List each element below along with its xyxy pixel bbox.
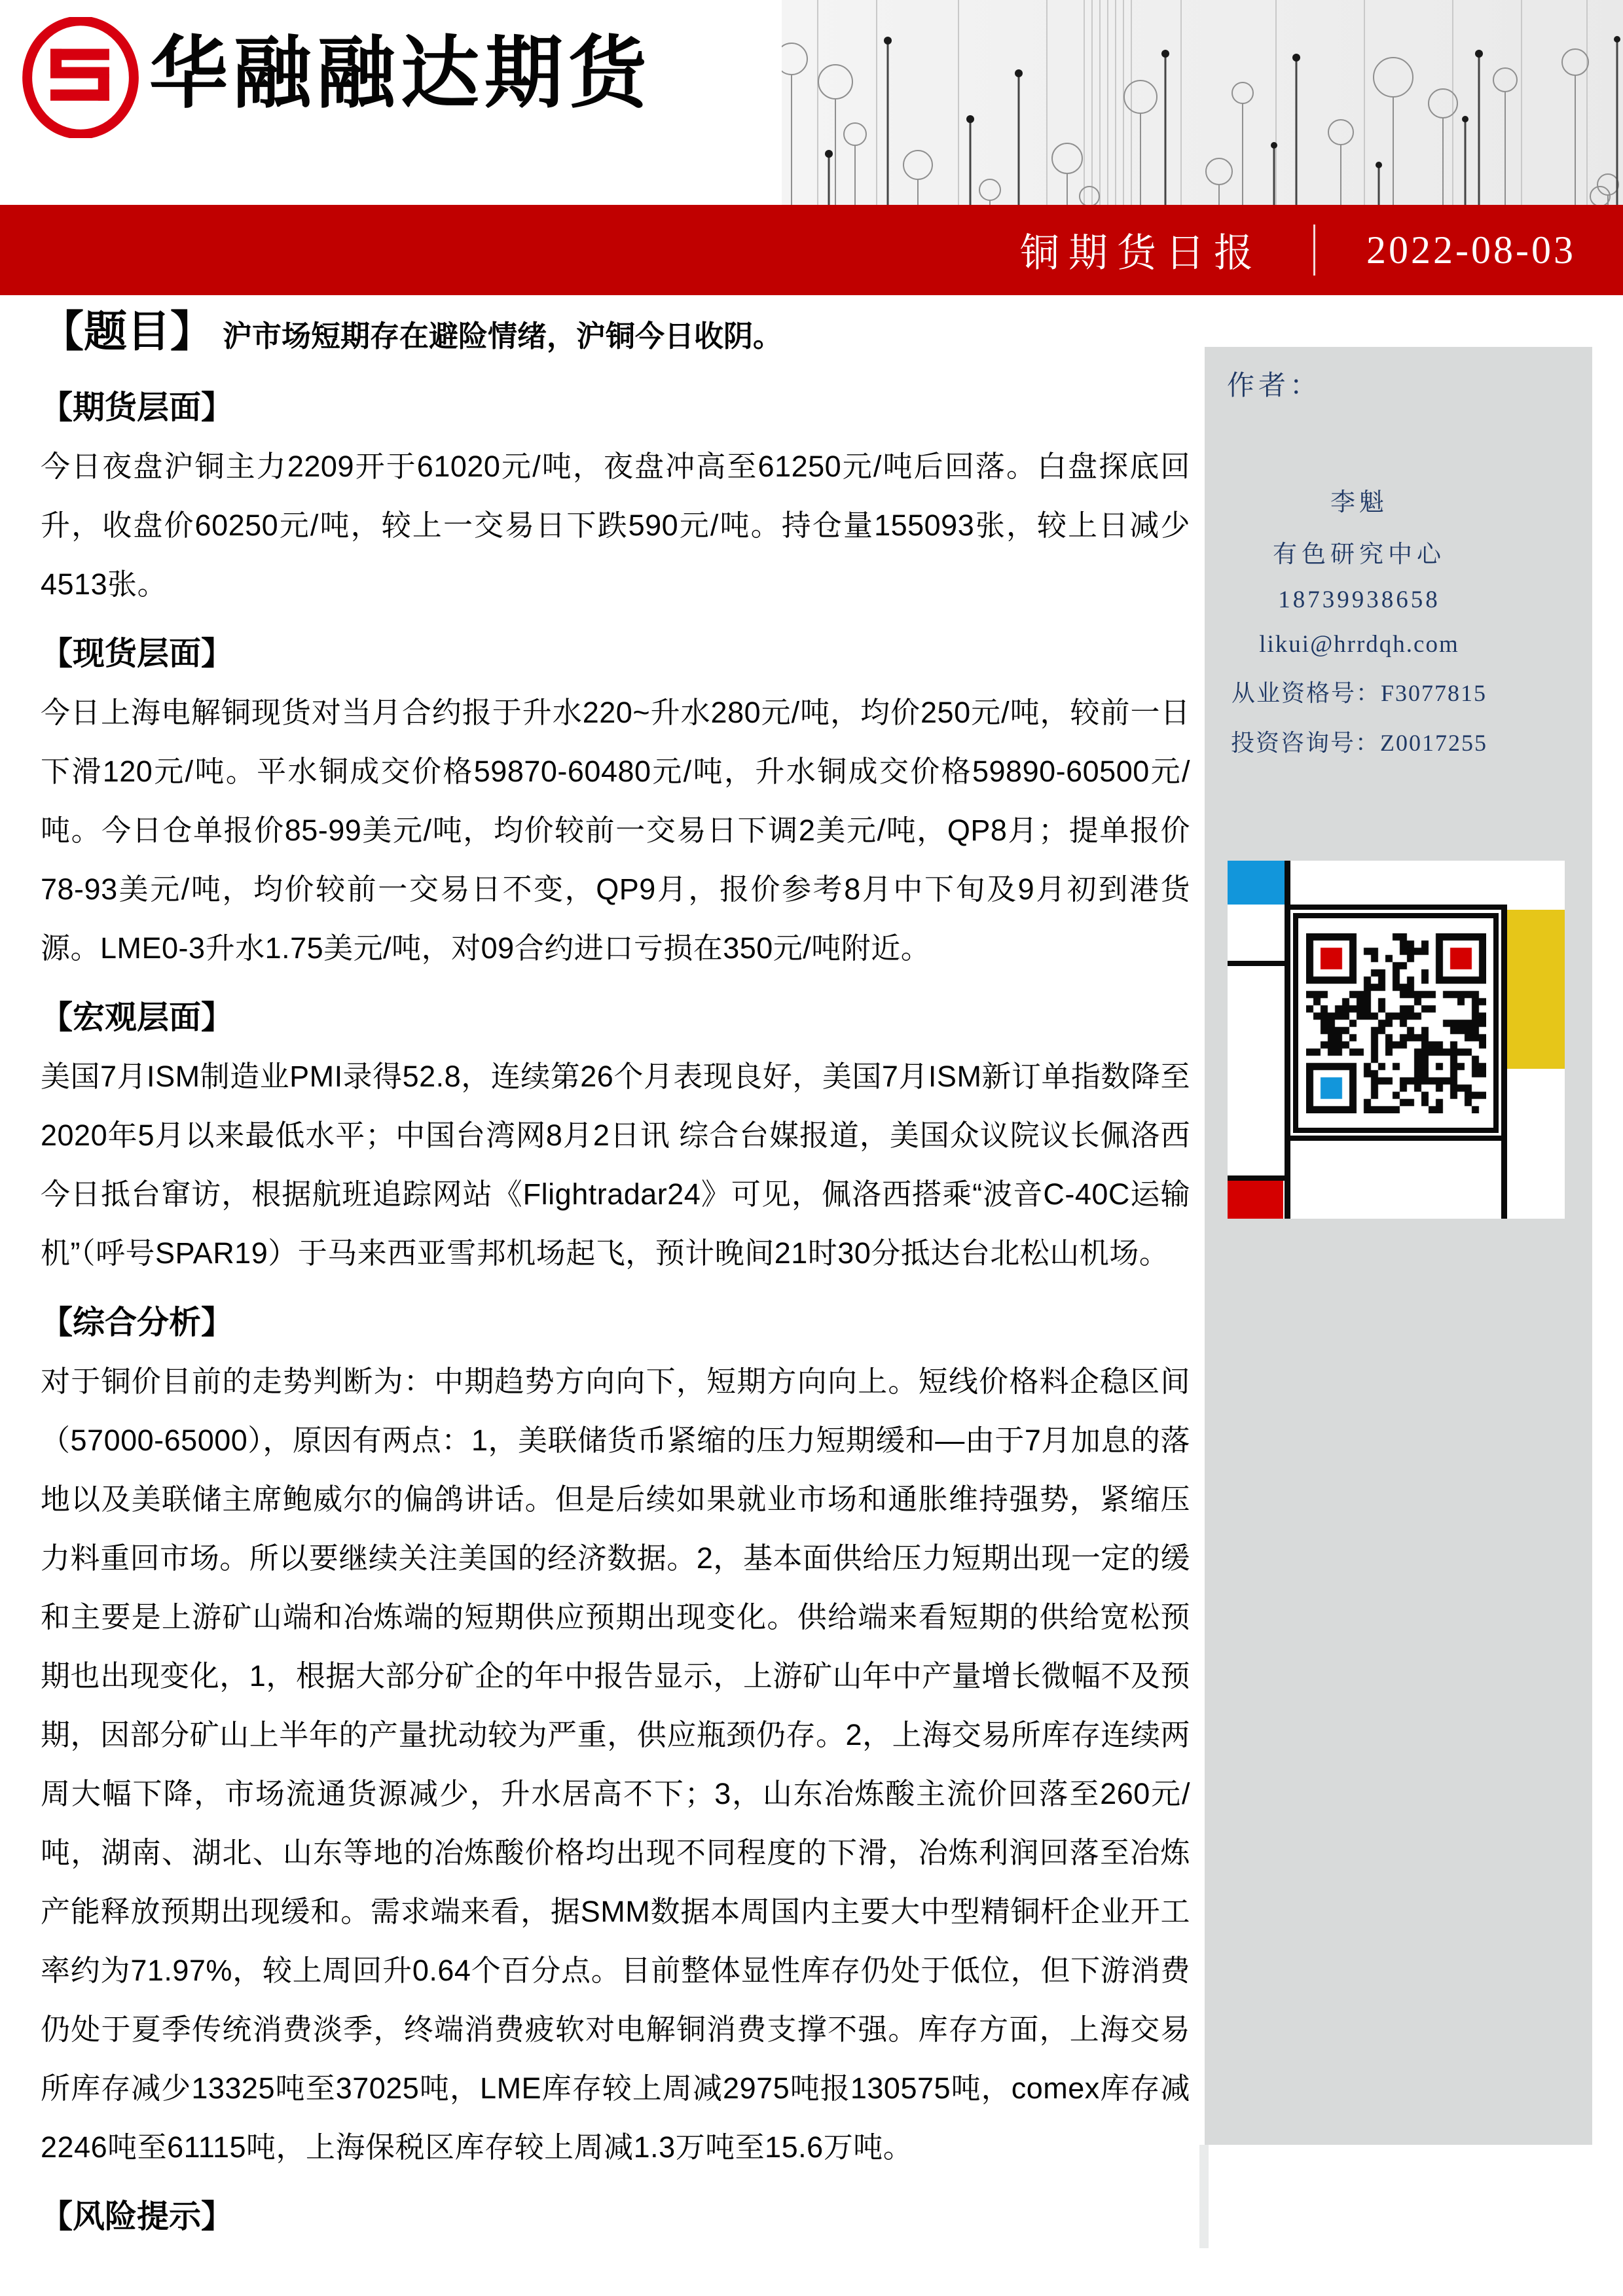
advisory-number: 投资咨询号：Z0017255 [1209,725,1510,758]
pins-decoration [782,0,1623,205]
report-banner: 铜期货日报 2022-08-03 [0,205,1623,295]
section-macro: 【宏观层面】 美国7月ISM制造业PMI录得52.8，连续第26个月表现良好，美… [41,988,1190,1283]
author-phone: 18739938658 [1209,586,1510,614]
mondrian-line [1285,905,1507,910]
page-header: 华融融达期货 [0,0,1623,205]
mondrian-line [1290,1136,1501,1141]
section-analysis: 【综合分析】 对于铜价目前的走势判断为：中期趋势方向向下，短期方向向上。短线价格… [41,1293,1190,2177]
author-sidebar: 作者： 李魁 有色研究中心 18739938658 likui@hrrdqh.c… [1205,347,1592,2145]
qualification-number: 从业资格号：F3077815 [1209,675,1510,708]
author-name: 李魁 [1209,482,1510,518]
qr-code [1306,933,1486,1113]
mondrian-blue-block [1228,861,1285,905]
mondrian-red-block [1228,1181,1283,1219]
author-email: likui@hrrdqh.com [1209,630,1510,658]
mondrian-line [1228,1175,1285,1181]
mondrian-artwork [1228,861,1565,1219]
section-body: 对于铜价目前的走势判断为：中期趋势方向向下，短期方向向上。短线价格料企稳区间（5… [41,1352,1190,2177]
report-date: 2022-08-03 [1366,228,1576,273]
author-department: 有色研究中心 [1209,534,1510,569]
company-logo-icon [21,17,140,138]
section-spot: 【现货层面】 今日上海电解铜现货对当月合约报于升水220~升水280元/吨，均价… [41,624,1190,978]
report-headline: 【题目】 沪市场短期存在避险情绪，沪铜今日收阴。 [41,298,1190,364]
mondrian-line [1501,905,1507,1219]
report-title: 铜期货日报 [1020,222,1262,278]
company-name: 华融融达期货 [149,18,652,130]
mondrian-line [1285,861,1290,1219]
section-heading: 【现货层面】 [41,624,1190,683]
qr-code-frame [1293,913,1499,1133]
section-body: 今日夜盘沪铜主力2209开于61020元/吨，夜盘冲高至61250元/吨后回落。… [41,437,1190,614]
report-body: 【题目】 沪市场短期存在避险情绪，沪铜今日收阴。 【期货层面】 今日夜盘沪铜主力… [41,298,1190,2246]
section-heading: 【宏观层面】 [41,988,1190,1047]
section-heading: 【期货层面】 [41,378,1190,437]
headline-label: 【题目】 [41,298,213,364]
section-body: 美国7月ISM制造业PMI录得52.8，连续第26个月表现良好，美国7月ISM新… [41,1047,1190,1283]
headline-text: 沪市场短期存在避险情绪，沪铜今日收阴。 [223,304,782,369]
section-heading: 【风险提示】 [41,2187,1190,2246]
section-body: 今日上海电解铜现货对当月合约报于升水220~升水280元/吨，均价250元/吨，… [41,683,1190,978]
section-futures: 【期货层面】 今日夜盘沪铜主力2209开于61020元/吨，夜盘冲高至61250… [41,378,1190,614]
mondrian-yellow-block [1507,910,1565,1069]
mondrian-line [1228,961,1285,966]
author-label: 作者： [1205,347,1592,403]
sidebar-edge-strip [1199,2145,1209,2248]
banner-divider [1313,224,1315,276]
section-risk: 【风险提示】 [41,2187,1190,2246]
section-heading: 【综合分析】 [41,1293,1190,1352]
author-info: 李魁 有色研究中心 18739938658 likui@hrrdqh.com 从… [1209,482,1510,758]
